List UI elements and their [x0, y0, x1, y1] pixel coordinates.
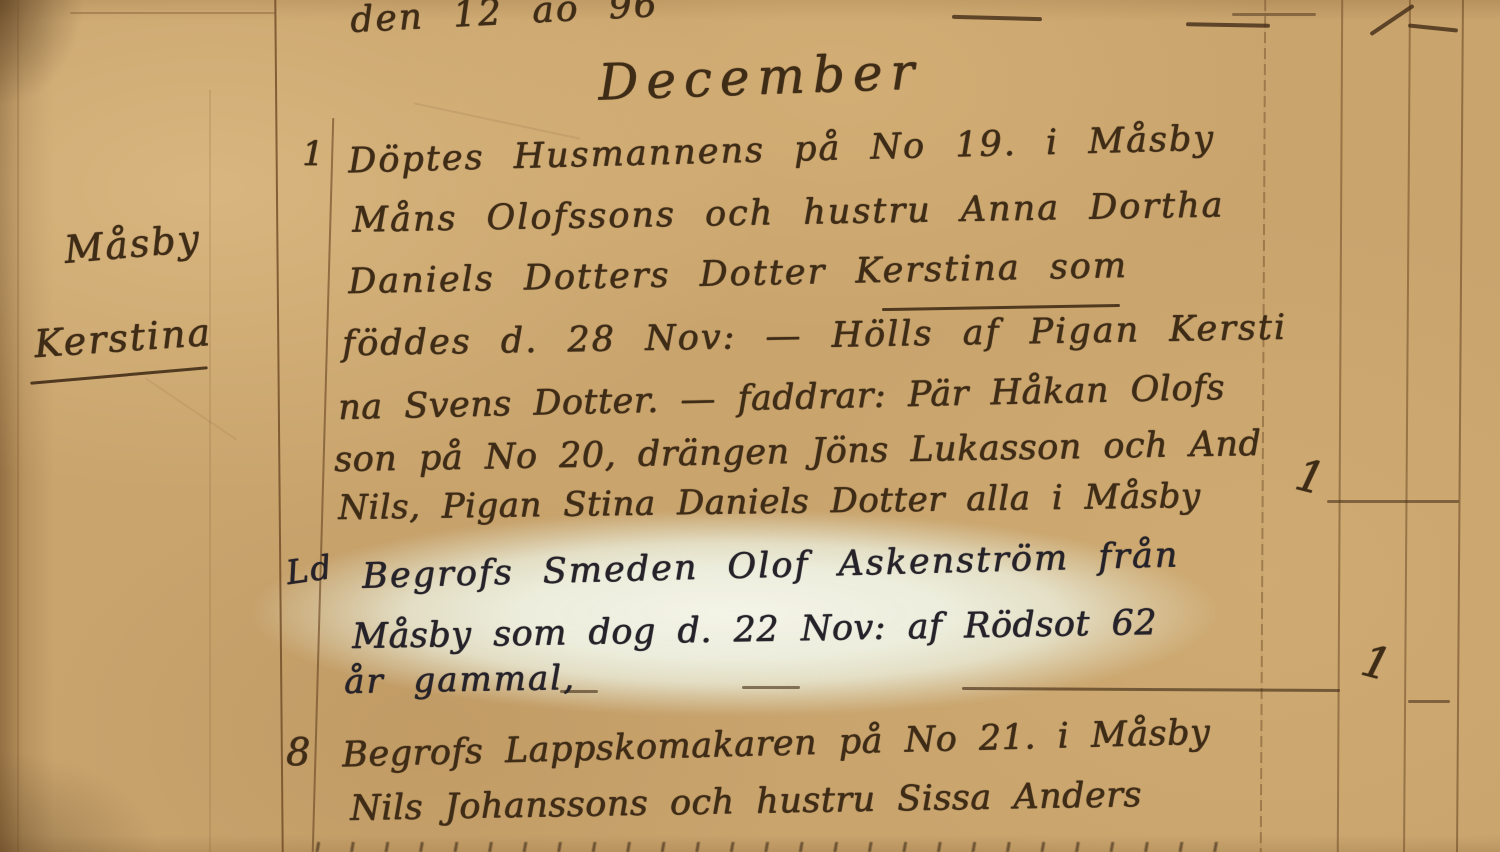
clipped-line-strokes	[302, 842, 1237, 852]
ink-dash-top-right	[1408, 23, 1458, 32]
column-rule-right-4	[1456, 0, 1463, 852]
column-rule-right-3	[1403, 0, 1410, 852]
manuscript-page: den 12 ao 96 December Måsby Kerstina 1 D…	[0, 0, 1500, 852]
entry-line: föddes d. 28 Nov: — Hölls af Pigan Kerst…	[342, 308, 1288, 364]
entry-line: år gammal,	[344, 658, 576, 702]
ruled-line-top-left	[70, 12, 275, 14]
entry-line: Döptes Husmannens på No 19. i Måsby	[348, 119, 1216, 182]
entry-line: Daniels Dotters Dotter Kerstina som	[348, 246, 1129, 302]
scratch-mark-2	[145, 377, 237, 440]
entry-number: Ld	[284, 547, 336, 592]
entry-line: Nils Johanssons och hustru Sissa Anders	[350, 775, 1142, 829]
margin-name-underline	[30, 366, 208, 385]
ink-dash-header-1	[952, 15, 1042, 21]
tally-dash-2	[1408, 700, 1450, 703]
entry-number: 8	[286, 730, 312, 774]
month-header: December	[597, 42, 923, 111]
margin-place: Måsby	[62, 216, 202, 272]
scratch-mark-1	[414, 102, 581, 139]
header-date-note: den 12 ao 96	[349, 0, 659, 41]
entry-line: na Svens Dotter. — faddrar: Pär Håkan Ol…	[338, 368, 1226, 428]
tally-mark: 1	[1356, 635, 1398, 692]
ink-dash-after-entry-2	[742, 686, 800, 689]
margin-name: Kerstina	[33, 310, 214, 366]
column-rule-margin-inner	[209, 90, 211, 852]
tally-rule-1	[1327, 500, 1459, 503]
entry-number: 1	[302, 134, 326, 174]
ruled-line-top-right	[1232, 13, 1316, 16]
entry-line: Måns Olofssons och hustru Anna Dortha	[352, 185, 1225, 240]
name-underline	[882, 304, 1120, 311]
column-rule-margin-left	[17, 0, 19, 852]
entry-line: son på No 20, drängen Jöns Lukasson och …	[334, 424, 1262, 480]
ink-dash-header-2	[1186, 22, 1270, 27]
